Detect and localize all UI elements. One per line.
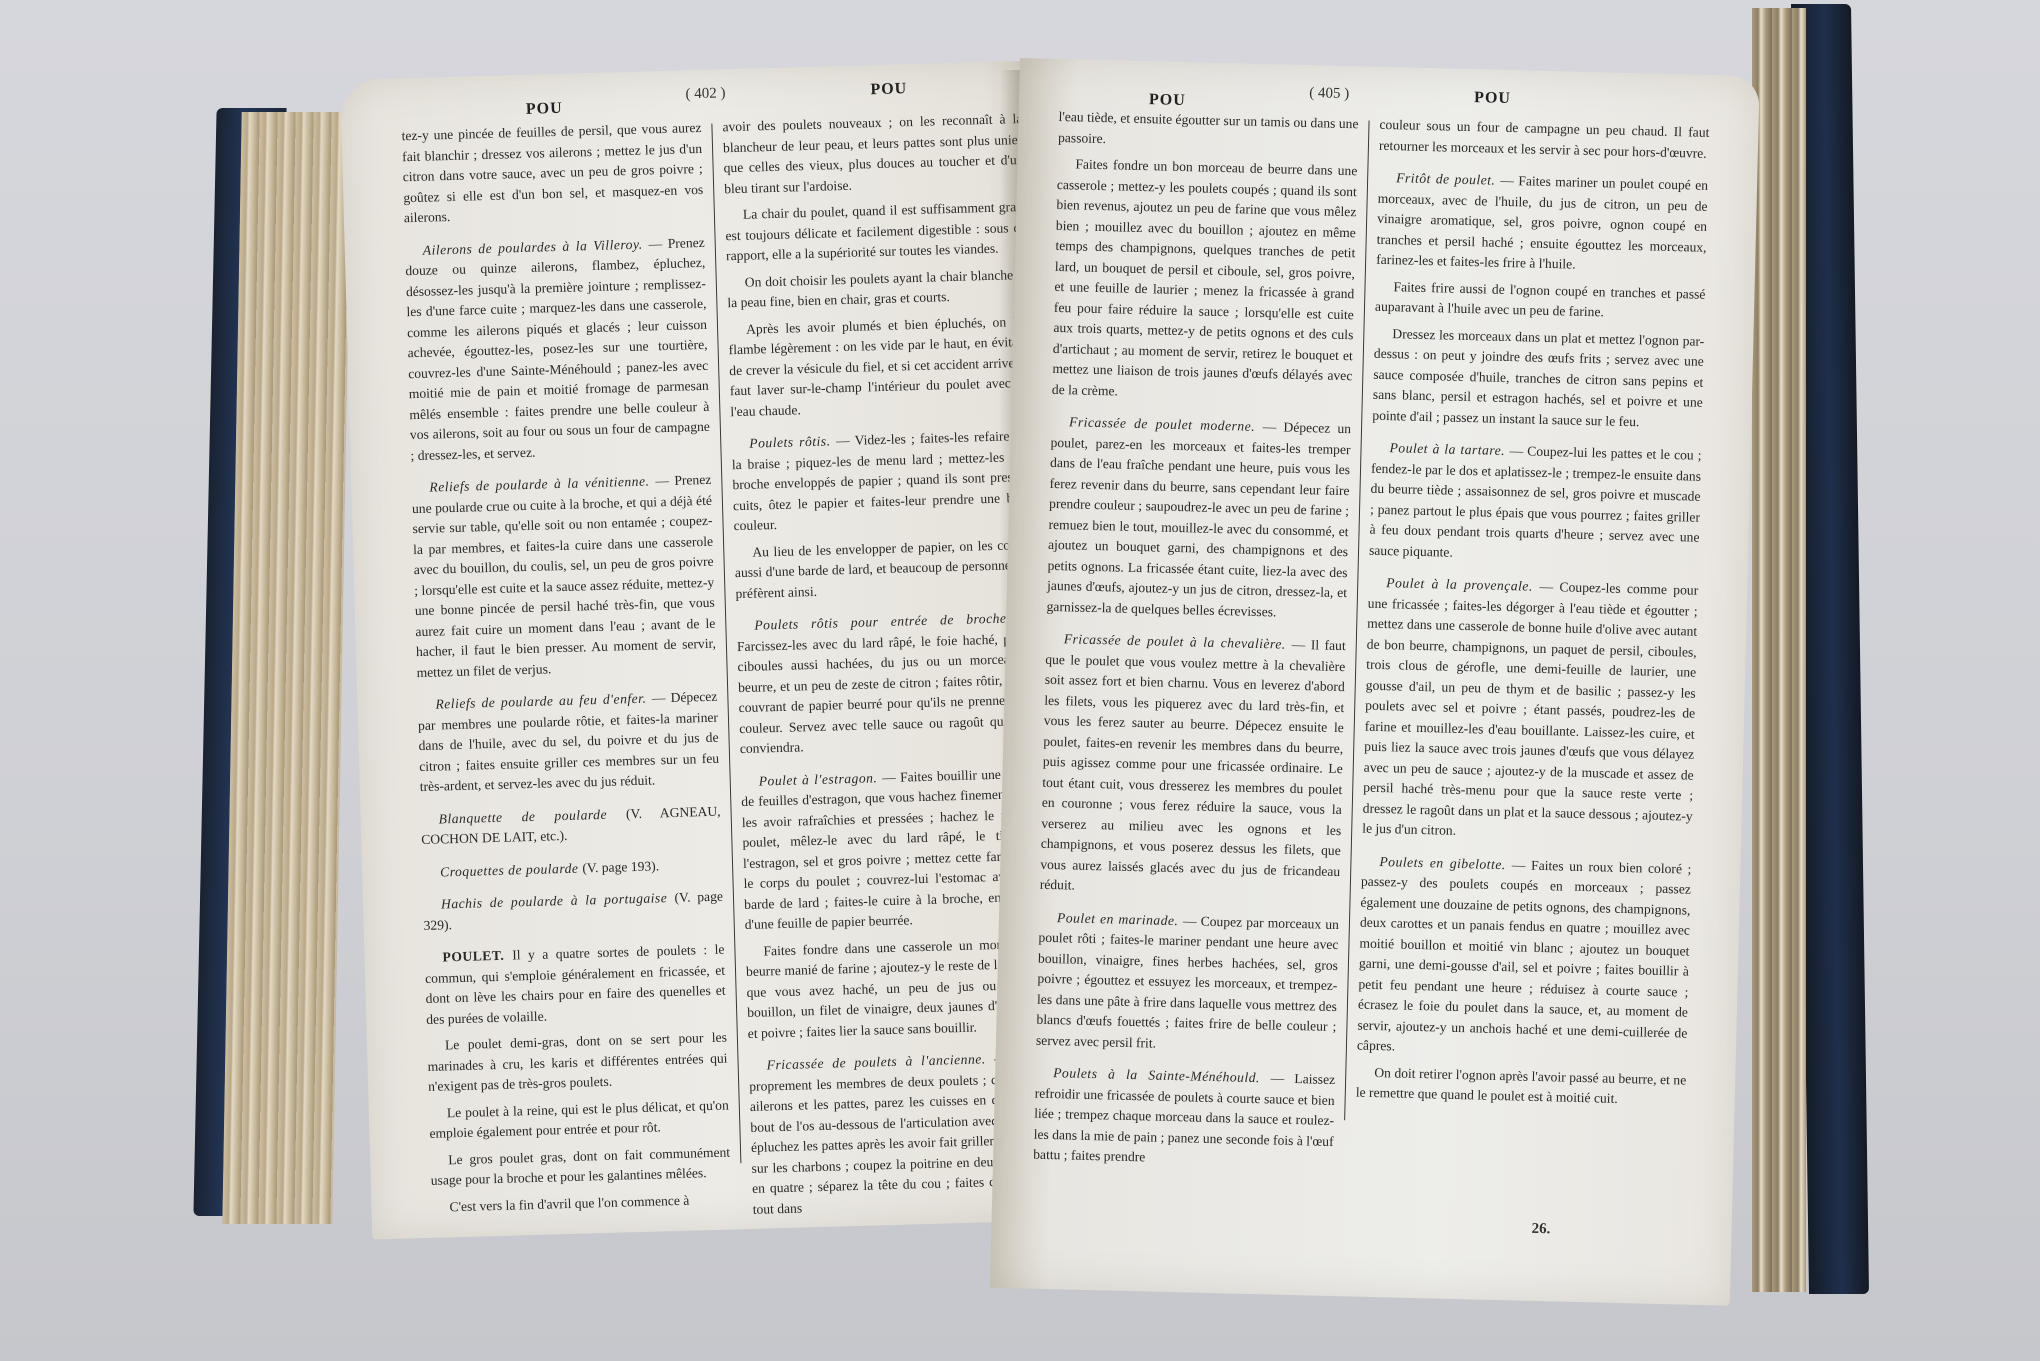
entry-title: Reliefs de poularde à la vénitienne. (429, 473, 655, 494)
text-column: tez-y une pincée de feuilles de persil, … (401, 118, 732, 1235)
recipe-entry: Fritôt de poulet. — Faites mariner un po… (1376, 168, 1708, 279)
entry-title: Poulet en marinade. (1057, 910, 1183, 928)
entry-text: — Laissez refroidir une fricassée de pou… (1033, 1070, 1335, 1164)
entry-title: Poulet à l'estragon. (759, 770, 883, 788)
recipe-entry: Poulet à la tartare. — Coupez-lui les pa… (1369, 438, 1702, 569)
recipe-entry: Poulets en gibelotte. — Faites un roux b… (1357, 851, 1692, 1064)
page-number: ( 405 ) (1309, 85, 1349, 103)
recipe-entry: Fricassée de poulet à la chevalière. — I… (1040, 629, 1346, 903)
entry-text: Le gros poulet gras, dont on fait commun… (431, 1144, 731, 1188)
entry-text: — Coupez-les comme pour une fricassée ; … (1362, 579, 1698, 838)
recipe-entry: Poulet en marinade. — Coupez par morceau… (1036, 907, 1339, 1058)
entry-text: Après les avoir plumés et bien épluchés,… (728, 313, 1029, 418)
text-paragraph: Au lieu de les envelopper de papier, on … (734, 534, 1036, 604)
open-book: POU ( 402 ) POU tez-y une pincée de feui… (0, 0, 2040, 1361)
entry-text: Le poulet à la reine, qui est le plus dé… (429, 1097, 729, 1141)
entry-title: Poulets rôtis. (749, 433, 836, 450)
left-page: POU ( 402 ) POU tez-y une pincée de feui… (340, 60, 1072, 1239)
running-head: POU (870, 80, 907, 99)
recipe-entry: Reliefs de poularde au feu d'enfer. — Dé… (417, 687, 720, 798)
running-head: POU (526, 100, 563, 119)
entry-text: — Dépecez un poulet, parez-en les morcea… (1046, 419, 1351, 619)
entry-text: — Prenez une poularde crue ou cuite à la… (412, 472, 716, 680)
page-edges-right (1752, 8, 1806, 1292)
text-paragraph: C'est vers la fin d'avril que l'on comme… (431, 1189, 731, 1218)
entry-title: Ailerons de poulardes à la Villeroy. (423, 236, 649, 257)
recipe-entry: Ailerons de poulardes à la Villeroy. — P… (405, 232, 711, 466)
entry-title: Poulets en gibelotte. (1379, 854, 1512, 872)
entry-text: C'est vers la fin d'avril que l'on comme… (449, 1192, 689, 1214)
page-number: ( 402 ) (685, 85, 725, 103)
entry-title: Hachis de poularde à la portugaise (441, 890, 675, 912)
entry-text: — Faites un roux bien coloré ; passez-y … (1357, 857, 1692, 1054)
entry-title: POULET. (442, 948, 512, 965)
entry-title: Croquettes de poularde (440, 860, 583, 879)
text-paragraph: Faites fondre un bon morceau de beurre d… (1052, 154, 1358, 407)
recipe-entry: Reliefs de poularde à la vénitienne. — P… (411, 470, 717, 683)
text-paragraph: La chair du poulet, quand il est suffisa… (725, 197, 1027, 267)
entry-text: (V. page 193). (582, 858, 659, 875)
entry-title: Poulets rôtis pour entrée de broche. (754, 610, 1023, 632)
text-paragraph: Hachis de poularde à la portugaise (V. p… (423, 887, 724, 936)
text-paragraph: Le gros poulet gras, dont on fait commun… (430, 1142, 731, 1191)
text-paragraph: Faites frire aussi de l'ognon coupé en t… (1375, 276, 1706, 325)
page-edges-left (222, 112, 351, 1224)
recipe-entry: Poulets rôtis pour entrée de broche. — F… (736, 608, 1040, 760)
entry-title: Poulet à la provençale. (1386, 575, 1540, 594)
entry-text: — Prenez douze ou quinze ailerons, flamb… (405, 234, 710, 462)
entry-text: On doit retirer l'ognon après l'avoir pa… (1356, 1064, 1687, 1105)
text-paragraph: Croquettes de poularde (V. page 193). (422, 854, 722, 883)
entry-title: Fritôt de poulet. (1396, 170, 1501, 188)
running-head: POU (1474, 89, 1511, 108)
text-paragraph: avoir des poulets nouveaux ; on les reco… (722, 109, 1024, 199)
entry-text: Au lieu de les envelopper de papier, on … (735, 536, 1035, 600)
recipe-entry: Poulet à la provençale. — Coupez-les com… (1362, 573, 1698, 847)
entry-text: — Coupez-lui les pattes et le cou ; fend… (1369, 443, 1702, 559)
text-paragraph: Dressez les morceaux dans un plat et met… (1372, 323, 1704, 434)
entry-text: On doit choisir les poulets ayant la cha… (727, 266, 1027, 310)
entry-text: l'eau tiède, et ensuite égoutter sur un … (1058, 109, 1359, 146)
entry-text: La chair du poulet, quand il est suffisa… (725, 199, 1025, 263)
entry-text: Dressez les morceaux dans un plat et met… (1372, 326, 1704, 429)
entry-text: Faites fondre un bon morceau de beurre d… (1052, 156, 1358, 398)
recipe-entry: Poulets à la Sainte-Ménéhould. — Laissez… (1033, 1063, 1335, 1173)
entry-text: Le poulet demi-gras, dont on se sert pou… (427, 1030, 727, 1094)
right-page: POU ( 405 ) POU l'eau tiède, et ensuite … (990, 58, 1760, 1306)
text-column: couleur sous un four de campagne un peu … (1354, 115, 1710, 1187)
entry-text: — Faites mariner un poulet coupé en morc… (1376, 173, 1708, 272)
text-column: l'eau tiède, et ensuite égoutter sur un … (1033, 107, 1359, 1179)
text-paragraph: On doit choisir les poulets ayant la cha… (727, 264, 1028, 313)
text-paragraph: tez-y une pincée de feuilles de persil, … (401, 118, 704, 229)
entry-title: Blanquette de poularde (438, 806, 626, 826)
recipe-entry: Poulets rôtis. — Videz-les ; faites-les … (731, 426, 1034, 537)
entry-title: Fricassée de poulet moderne. (1069, 414, 1263, 434)
entry-title: Fricassée de poulets à l'ancienne. (766, 1051, 994, 1072)
text-paragraph: On doit retirer l'ognon après l'avoir pa… (1356, 1062, 1687, 1111)
text-paragraph: Le poulet à la reine, qui est le plus dé… (429, 1095, 730, 1144)
entry-text: — Coupez par morceaux un poulet rôti ; f… (1036, 913, 1339, 1050)
running-head: POU (1149, 91, 1186, 110)
entry-title: Poulets à la Sainte-Ménéhould. (1053, 1065, 1271, 1085)
entry-text: Faites frire aussi de l'ognon coupé en t… (1375, 279, 1706, 320)
entry-text: tez-y une pincée de feuilles de persil, … (401, 120, 703, 225)
signature-mark: 26. (1531, 1221, 1550, 1238)
headword-entry: POULET. Il y a quatre sortes de poulets … (424, 940, 726, 1030)
text-paragraph: Le poulet demi-gras, dont on se sert pou… (427, 1028, 729, 1098)
text-paragraph: l'eau tiède, et ensuite égoutter sur un … (1058, 107, 1359, 155)
text-paragraph: Après les avoir plumés et bien épluchés,… (728, 311, 1031, 422)
entry-title: Fricassée de poulet à la chevalière. (1064, 631, 1292, 652)
entry-title: Poulet à la tartare. (1389, 440, 1509, 458)
text-paragraph: Blanquette de poularde (V. AGNEAU, COCHO… (420, 801, 721, 850)
entry-title: Reliefs de poularde au feu d'enfer. (435, 691, 652, 712)
text-paragraph: couleur sous un four de campagne un peu … (1379, 115, 1710, 164)
entry-text: couleur sous un four de campagne un peu … (1379, 117, 1710, 160)
entry-text: avoir des poulets nouveaux ; on les reco… (722, 111, 1023, 196)
recipe-entry: Fricassée de poulet moderne. — Dépecez u… (1046, 412, 1351, 624)
entry-text: — Il faut que le poulet que vous voulez … (1040, 637, 1346, 893)
